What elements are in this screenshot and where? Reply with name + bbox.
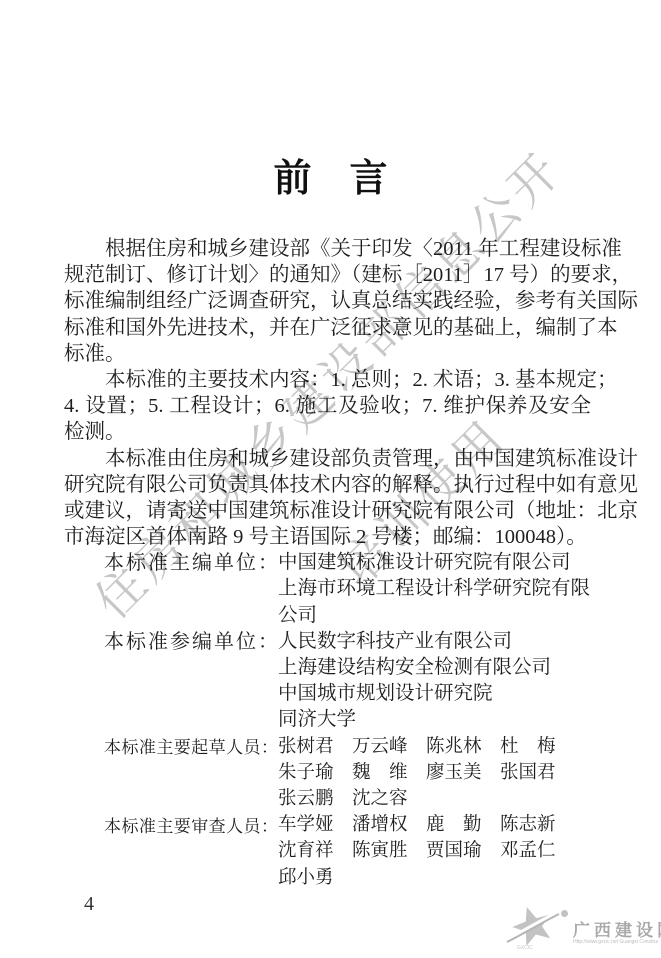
document-page: 前 言 根据住房和城乡建设部《关于印发〈2011 年工程建设标准规范制订、修订计… — [0, 0, 661, 958]
credit-values: 中国建筑标准设计研究院有限公司上海市环境工程设计科学研究院有限公司 — [278, 550, 591, 629]
credit-line: 车学娅 潘增权 鹿 勤 陈志新 — [278, 812, 591, 838]
page-title: 前 言 — [0, 156, 661, 202]
paragraph: 本标准由住房和城乡建设部负责管理，由中国建筑标准设计研究院有限公司负责具体技术内… — [64, 446, 591, 551]
credit-line: 朱子瑜 魏 维 廖玉美 张国君 — [278, 760, 591, 786]
logo-dot-icon — [561, 910, 568, 917]
credit-line: 中国建筑标准设计研究院有限公司 — [278, 550, 591, 576]
paragraph-line: 市海淀区首体南路 9 号主语国际 2 号楼；邮编：100048）。 — [64, 524, 591, 550]
credit-values: 车学娅 潘增权 鹿 勤 陈志新沈育祥 陈寅胜 贾国瑜 邓孟仁邱小勇 — [278, 812, 591, 891]
credit-label: 本标准主编单位： — [104, 550, 278, 576]
paragraph-line: 4. 设置；5. 工程设计；6. 施工及验收；7. 维护保养及安全 — [64, 393, 591, 419]
credit-line: 上海建设结构安全检测有限公司 — [278, 655, 591, 681]
paragraph-line: 本标准的主要技术内容：1. 总则；2. 术语；3. 基本规定； — [64, 367, 591, 393]
body-column: 根据住房和城乡建设部《关于印发〈2011 年工程建设标准规范制订、修订计划〉的通… — [64, 236, 591, 891]
site-logo: GXCIC 广西建设网 Http://www.gxcic.net Guangxi… — [503, 898, 653, 954]
paragraph-line: 研究院有限公司负责具体技术内容的解释。执行过程中如有意见 — [64, 472, 591, 498]
credit-row: 本标准主要起草人员：张树君 万云峰 陈兆林 杜 梅朱子瑜 魏 维 廖玉美 张国君… — [104, 734, 591, 813]
paragraph-line: 本标准由住房和城乡建设部负责管理，由中国建筑标准设计 — [64, 446, 591, 472]
paragraph-line: 根据住房和城乡建设部《关于印发〈2011 年工程建设标准 — [64, 236, 591, 262]
paragraph: 本标准的主要技术内容：1. 总则；2. 术语；3. 基本规定；4. 设置；5. … — [64, 367, 591, 446]
page-number: 4 — [84, 893, 94, 916]
credit-line: 人民数字科技产业有限公司 — [278, 629, 591, 655]
credit-row: 本标准主要审查人员：车学娅 潘增权 鹿 勤 陈志新沈育祥 陈寅胜 贾国瑜 邓孟仁… — [104, 812, 591, 891]
paragraph-line: 标准和国外先进技术，并在广泛征求意见的基础上，编制了本 — [64, 315, 591, 341]
credit-line: 邱小勇 — [278, 865, 591, 891]
svg-text:GXCIC: GXCIC — [517, 945, 533, 950]
logo-name: 广西建设网 — [573, 916, 653, 941]
credit-row: 本标准参编单位：人民数字科技产业有限公司上海建设结构安全检测有限公司中国城市规划… — [104, 629, 591, 734]
preface-paragraphs: 根据住房和城乡建设部《关于印发〈2011 年工程建设标准规范制订、修订计划〉的通… — [64, 236, 591, 550]
credit-values: 张树君 万云峰 陈兆林 杜 梅朱子瑜 魏 维 廖玉美 张国君张云鹏 沈之容 — [278, 734, 591, 813]
credit-line: 张树君 万云峰 陈兆林 杜 梅 — [278, 734, 591, 760]
credit-line: 上海市环境工程设计科学研究院有限 — [278, 576, 591, 602]
credit-label: 本标准参编单位： — [104, 629, 278, 655]
credit-values: 人民数字科技产业有限公司上海建设结构安全检测有限公司中国城市规划设计研究院同济大… — [278, 629, 591, 734]
paragraph-line: 标准。 — [64, 341, 591, 367]
paragraph-line: 或建议，请寄送中国建筑标准设计研究院有限公司（地址：北京 — [64, 498, 591, 524]
paragraph-line: 规范制订、修订计划〉的通知》（建标［2011］17 号）的要求， — [64, 262, 591, 288]
paragraph-line: 检测。 — [64, 419, 591, 445]
star-icon: GXCIC — [505, 904, 561, 955]
credit-row: 本标准主编单位：中国建筑标准设计研究院有限公司上海市环境工程设计科学研究院有限公… — [104, 550, 591, 629]
credit-line: 中国城市规划设计研究院 — [278, 681, 591, 707]
credit-line: 公司 — [278, 603, 591, 629]
credit-label: 本标准主要审查人员： — [104, 812, 278, 838]
credits-section: 本标准主编单位：中国建筑标准设计研究院有限公司上海市环境工程设计科学研究院有限公… — [64, 550, 591, 890]
credit-label: 本标准主要起草人员： — [104, 734, 278, 760]
credit-line: 沈育祥 陈寅胜 贾国瑜 邓孟仁 — [278, 838, 591, 864]
logo-tagline: Http://www.gxcic.net Guangxi Constructio… — [573, 939, 658, 945]
paragraph-line: 标准编制组经广泛调查研究，认真总结实践经验，参考有关国际 — [64, 288, 591, 314]
paragraph: 根据住房和城乡建设部《关于印发〈2011 年工程建设标准规范制订、修订计划〉的通… — [64, 236, 591, 367]
credit-line: 同济大学 — [278, 707, 591, 733]
credit-line: 张云鹏 沈之容 — [278, 786, 591, 812]
